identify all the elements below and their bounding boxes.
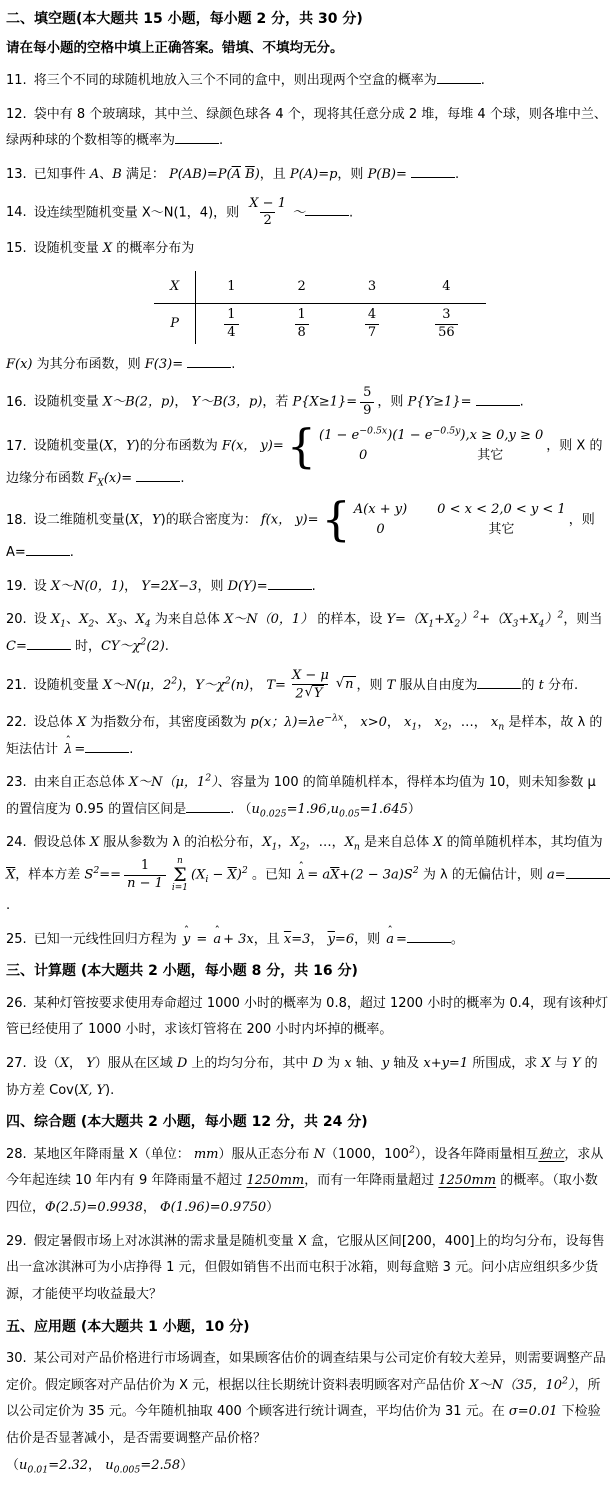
math-run: +X	[518, 612, 538, 627]
math-run: =	[74, 742, 85, 757]
question-number: 15.	[6, 241, 27, 256]
math-run: Φ(1.96)=0.9750	[160, 1200, 266, 1215]
math-run: −	[208, 868, 227, 883]
text-run: 为	[323, 1056, 344, 1071]
answer-blank	[305, 202, 349, 216]
text-run: ，	[310, 932, 327, 947]
text-run: （	[6, 1458, 19, 1473]
superscript: −0.5y	[432, 426, 460, 437]
math-run: u	[251, 802, 259, 817]
hat-symbol: ˆλ	[297, 863, 305, 890]
math-run: X, Y	[79, 1083, 105, 1098]
question-item: 25.已知一元线性回归方程为 ˆy = ˆa+ 3x，且 x=3， y=6，则 …	[6, 927, 610, 954]
hat-accent: ˆ	[184, 920, 190, 943]
p-value-cell: 356	[407, 304, 486, 344]
question-number: 26.	[6, 996, 27, 1011]
math-run: X	[104, 439, 113, 454]
text-run: 。已知	[248, 868, 295, 883]
section-heading: 四、综合题 (本大题共 2 小题，每小题 12 分，共 24 分)	[6, 1111, 610, 1133]
question-item: 28.某地区年降雨量 X（单位： mm）服从正态分布 N（1000，1002），…	[6, 1142, 610, 1222]
text-run: 袋中有 8 个玻璃球，其中兰、绿颜色球各 4 个，现将其任意分成 2 堆，每堆 …	[6, 107, 607, 149]
text-run: 其它	[477, 448, 503, 463]
math-run: 0 < x < 2,0 < y < 1	[437, 502, 566, 517]
text-run: 为指数分布，其密度函数为	[86, 715, 250, 730]
text-run: 、	[99, 167, 112, 182]
question-number: 30.	[6, 1351, 27, 1366]
question-item: 17.设随机变量(X，Y)的分布函数为 F(x， y)={(1 − e−0.5x…	[6, 426, 610, 493]
text-run: ，则	[337, 167, 367, 182]
math-run: Y～χ	[195, 678, 224, 693]
text-run: )的联合密度为：	[161, 513, 261, 528]
math-run: +(2 − 3a)S	[339, 868, 412, 883]
math-run: N	[314, 1147, 325, 1162]
text-run: 、	[66, 612, 79, 627]
math-run: = a	[307, 868, 330, 883]
hat-accent: ˆ	[298, 856, 304, 879]
underlined-text: 独立	[538, 1147, 564, 1162]
text-run: ），设各年降雨量相互	[415, 1147, 539, 1162]
math-run: Y～B(3，p)	[192, 395, 263, 410]
math-run: f(x， y)=	[261, 513, 319, 528]
math-run: X	[51, 612, 60, 627]
underlined-text: 1250mm	[246, 1173, 304, 1188]
math-run: )(1 − e	[387, 428, 432, 443]
overbar-symbol: X	[330, 868, 339, 883]
math-run: X	[290, 835, 299, 850]
math-run: =1.645	[360, 802, 408, 817]
math-run: x	[434, 715, 441, 730]
math-run: =2.58	[140, 1458, 180, 1473]
text-run: 满足：	[122, 167, 169, 182]
math-run: ==	[99, 868, 121, 883]
question-number: 11.	[6, 73, 27, 88]
text-run: .	[6, 898, 10, 913]
question-item: 21.设随机变量 X～N(μ，22)，Y～χ2(n)， T=X − μ2√Y√n…	[6, 668, 610, 703]
cases-rows: A(x + y)0 < x < 2,0 < y < 10其它	[354, 500, 566, 540]
math-run: ）	[460, 612, 473, 627]
text-run: ，	[417, 715, 434, 730]
text-run: 。	[451, 932, 464, 947]
square-root: √n	[336, 676, 356, 694]
math-run: 2	[295, 686, 303, 701]
text-run: ，	[277, 835, 290, 850]
answer-blank	[187, 354, 231, 368]
math-run: C=	[6, 639, 27, 654]
overbar-symbol: A	[232, 167, 241, 182]
fraction-denominator: 8	[295, 324, 309, 341]
question-number: 27.	[6, 1056, 27, 1071]
math-run: mm	[194, 1147, 219, 1162]
math-run: F(3)=	[145, 357, 187, 372]
question-item: 14.设连续型随机变量 X～N(1，4)，则 X − 12～.	[6, 196, 610, 230]
text-run: 设随机变量	[34, 395, 103, 410]
fraction-numerator: 4	[365, 307, 379, 323]
math-run: X	[103, 241, 112, 256]
question-item: 27.设（X， Y）服从在区域 D 上的均匀分布，其中 D 为 x 轴、y 轴及…	[6, 1051, 610, 1104]
question-item: 22.设总体 X 为指数分布，其密度函数为 p(x；λ)=λe−λx， x>0，…	[6, 710, 610, 763]
text-run: 设随机变量(	[34, 439, 104, 454]
math-run: S	[84, 868, 93, 883]
superscript: −0.5x	[359, 426, 387, 437]
text-run: ，	[88, 1458, 105, 1473]
fraction-numerator: X − μ	[289, 668, 332, 684]
math-run: X	[345, 835, 354, 850]
fraction-numerator: 1	[224, 307, 238, 323]
text-run: 、	[123, 612, 136, 627]
sum-lower-limit: i=1	[172, 884, 188, 893]
fraction: 1n − 1	[124, 858, 166, 892]
math-run: X	[136, 612, 145, 627]
underlined-text: 1250mm	[438, 1173, 496, 1188]
text-run: 设二维随机变量(	[34, 513, 130, 528]
math-run: D	[313, 1056, 323, 1071]
math-run: X～B(2，p)	[103, 395, 175, 410]
fraction-numerator: 1	[295, 307, 309, 323]
text-run: ，	[249, 678, 266, 693]
math-run: =2.32	[48, 1458, 88, 1473]
text-run: ，…，	[448, 715, 491, 730]
math-run: +X	[434, 612, 454, 627]
text-run: ，	[174, 395, 191, 410]
math-run: x	[344, 1056, 351, 1071]
section-note: 请在每小题的空格中填上正确答案。错填、不填均无分。	[6, 38, 610, 60]
piecewise-function: {(1 − e−0.5x)(1 − e−0.5y),x ≥ 0,y ≥ 00其它	[287, 426, 544, 466]
math-run: (1 − e	[319, 428, 359, 443]
question-item: 23.由来自正态总体 X～N（μ，12）、容量为 100 的简单随机样本，得样本…	[6, 770, 610, 823]
text-run: 的样本，设	[313, 612, 386, 627]
x-value-cell: 4	[407, 271, 486, 304]
math-run: Y	[86, 1056, 95, 1071]
text-run: ，	[124, 579, 141, 594]
x-value-cell: 1	[196, 271, 267, 304]
text-run: 由来自正态总体	[34, 775, 129, 790]
math-text: n	[345, 677, 353, 692]
math-run: P(AB)=P(	[169, 167, 232, 182]
math-run: =1.96,u	[287, 802, 339, 817]
text-run: 假设总体	[34, 835, 90, 850]
text-run: .	[312, 579, 316, 594]
math-run: σ=0.01	[509, 1404, 558, 1419]
section-heading: 五、应用题 (本大题共 1 小题，10 分)	[6, 1316, 610, 1338]
math-run: A	[90, 167, 99, 182]
text-run: 设	[34, 612, 51, 627]
math-run: 0	[376, 522, 384, 537]
text-run: 服从自由度为	[395, 678, 477, 693]
exam-page: 二、填空题(本大题共 15 小题，每小题 2 分，共 30 分)请在每小题的空格…	[0, 0, 616, 1496]
text-run: ，	[139, 513, 152, 528]
fraction-denominator: 2√Y	[292, 684, 328, 703]
sigma-symbol: Σ	[173, 866, 186, 884]
math-run: X	[79, 612, 88, 627]
x-value-cell: 3	[337, 271, 407, 304]
hat-accent: ˆ	[66, 730, 72, 753]
section-heading: 三、计算题 (本大题共 2 小题，每小题 8 分，共 16 分)	[6, 960, 610, 982]
text-run: 轴及	[389, 1056, 423, 1071]
math-run: B	[112, 167, 122, 182]
math-run: =6	[335, 932, 354, 947]
text-run: 设（	[34, 1056, 60, 1071]
radicand: Y	[312, 685, 325, 703]
subscript: X	[97, 478, 104, 489]
text-run: .	[520, 395, 524, 410]
left-brace: {	[322, 500, 351, 539]
math-run: P{X≥1}=	[293, 395, 358, 410]
question-number: 23.	[6, 775, 27, 790]
cases-cell: 0	[319, 446, 407, 466]
cases-cell: A(x + y)	[354, 500, 407, 520]
summation: nΣi=1	[172, 857, 188, 893]
math-run: P(B)=	[368, 167, 411, 182]
math-run: X～N(μ，2	[103, 678, 171, 693]
text-run: ）	[408, 802, 421, 817]
text-run: ，	[69, 1056, 86, 1071]
question-item: 18.设二维随机变量(X，Y)的联合密度为： f(x， y)={A(x + y)…	[6, 500, 610, 567]
math-text: 9	[363, 403, 371, 418]
overbar-symbol: X	[228, 868, 237, 883]
question-number: 17.	[6, 439, 27, 454]
math-run: + 3x	[223, 932, 254, 947]
math-run: +（X	[479, 612, 512, 627]
text-run: .	[349, 205, 353, 220]
text-run: ）	[180, 1458, 193, 1473]
math-run: a=	[547, 868, 566, 883]
x-label-cell: X	[154, 271, 196, 304]
text-run: .	[180, 471, 184, 486]
text-run: ）服从正态分布	[219, 1147, 314, 1162]
math-text: 5	[363, 385, 371, 400]
text-run: ，	[182, 678, 195, 693]
math-text: 2	[263, 213, 271, 228]
math-run: =	[192, 932, 211, 947]
fraction: X − μ2√Y	[289, 668, 332, 703]
p-value-cell: 47	[337, 304, 407, 344]
cases-rows: (1 − e−0.5x)(1 − e−0.5y),x ≥ 0,y ≥ 00其它	[319, 426, 543, 466]
fraction-denominator: 9	[360, 402, 374, 419]
fraction: 18	[295, 307, 309, 341]
p-label-cell: P	[154, 304, 196, 344]
math-run: =3	[291, 932, 310, 947]
answer-blank	[85, 739, 129, 753]
hat-symbol: ˆa	[386, 927, 394, 954]
math-run: F(x， y)=	[222, 439, 284, 454]
text-run: .	[70, 545, 74, 560]
question-number: 22.	[6, 715, 27, 730]
fraction-denominator: n − 1	[124, 875, 166, 892]
fraction: 14	[224, 307, 238, 341]
text-run: .	[129, 742, 133, 757]
text-run: （1000，100	[325, 1147, 409, 1162]
math-run: X～N（μ，1	[129, 775, 205, 790]
text-run: 是来自总体	[360, 835, 433, 850]
text-run: ）服从在区域	[95, 1056, 177, 1071]
text-run: 将三个不同的球随机地放入三个不同的盒中，则出现两个空盒的概率为	[34, 73, 437, 88]
math-run: X	[130, 513, 139, 528]
math-run: X	[541, 1056, 550, 1071]
text-run: 为来自总体	[151, 612, 224, 627]
math-run: CY～χ	[101, 639, 140, 654]
radicand: n	[343, 676, 355, 694]
subscript: 0.025	[260, 808, 287, 819]
text-run: 某种灯管按要求使用寿命超过 1000 小时的概率为 0.8，超过 1200 小时…	[6, 996, 608, 1038]
math-run: (2)	[146, 639, 164, 654]
math-run: ),x ≥ 0,y ≥ 0	[460, 428, 543, 443]
text-run: 、	[94, 612, 107, 627]
text-run: ，	[143, 1200, 160, 1215]
left-brace: {	[287, 427, 316, 466]
text-run: 其它	[488, 522, 514, 537]
math-run: =	[396, 932, 407, 947]
distribution-table: X1234P141847356	[154, 271, 610, 344]
text-run: ，则	[197, 579, 227, 594]
text-run: ，…，	[306, 835, 345, 850]
text-run: .	[219, 133, 223, 148]
fraction-denominator: 2	[260, 212, 274, 229]
superscript: −λx	[324, 713, 343, 724]
question-item: 30.某公司对产品价格进行市场调查，如果顾客估价的调查结果与公司定价有较大差异，…	[6, 1346, 610, 1479]
hat-symbol: ˆy	[183, 927, 190, 954]
math-run: Y	[152, 513, 161, 528]
fraction: 356	[435, 307, 458, 341]
answer-blank	[437, 70, 481, 84]
question-number: 28.	[6, 1147, 27, 1162]
math-run: A(x + y)	[354, 502, 407, 517]
table-row: P141847356	[154, 304, 486, 344]
text-run: 上的均匀分布，其中	[187, 1056, 312, 1071]
text-run: 设总体	[34, 715, 77, 730]
question-number: 21.	[6, 678, 27, 693]
answer-blank	[175, 130, 219, 144]
section-heading: 二、填空题(本大题共 15 小题，每小题 2 分，共 30 分)	[6, 8, 610, 30]
cases-cell: (1 − e−0.5x)(1 − e−0.5y),x ≥ 0,y ≥ 0	[319, 426, 543, 446]
x-value-cell: 2	[267, 271, 337, 304]
hat-symbol: ˆλ	[64, 737, 72, 764]
answer-blank	[186, 799, 230, 813]
fraction: X − 12	[246, 196, 289, 230]
text-run: . （	[230, 802, 251, 817]
math-run: P{Y≥1}=	[408, 395, 476, 410]
fraction-denominator: 7	[365, 324, 379, 341]
question-number: 25.	[6, 932, 27, 947]
answer-blank	[268, 576, 312, 590]
math-run: X	[107, 612, 116, 627]
math-run: F(x)	[6, 357, 33, 372]
fraction: 47	[365, 307, 379, 341]
fraction-numerator: 1	[138, 858, 152, 874]
text-run: ，若	[262, 395, 292, 410]
answer-blank	[476, 392, 520, 406]
text-run: 设	[34, 579, 51, 594]
overbar-symbol: X	[6, 868, 15, 883]
text-run: ).	[105, 1083, 114, 1098]
text-run: 已知一元线性回归方程为	[34, 932, 181, 947]
question-number: 24.	[6, 835, 27, 850]
text-run: ，而有一年降雨量超过	[304, 1173, 438, 1188]
question-item: 16.设随机变量 X～B(2，p)， Y～B(3，p)，若 P{X≥1}=59，…	[6, 385, 610, 419]
answer-blank	[26, 542, 70, 556]
math-run: D	[177, 1056, 187, 1071]
text-run: 设随机变量	[34, 678, 103, 693]
question-number: 20.	[6, 612, 27, 627]
text-run: 服从参数为 λ 的泊松分布，	[99, 835, 262, 850]
question-item: 12.袋中有 8 个玻璃球，其中兰、绿颜色球各 4 个，现将其任意分成 2 堆，…	[6, 102, 610, 155]
text-run: ，	[113, 439, 126, 454]
cases-cell: 其它	[437, 520, 566, 540]
math-run: X	[90, 835, 99, 850]
hat-accent: ˆ	[387, 920, 393, 943]
hat-accent: ˆ	[214, 920, 220, 943]
text-run: .	[165, 639, 169, 654]
table-row: X1234	[154, 271, 486, 304]
text-run: 假定暑假市场上对冰淇淋的需求量是随机变量 X 盒，它服从区间[200，400]上…	[6, 1234, 605, 1302]
math-run: Y=2X−3	[141, 579, 197, 594]
fraction-numerator: 3	[439, 307, 453, 323]
subscript: 0.01	[27, 1464, 48, 1475]
text-run: )的分布函数为	[135, 439, 222, 454]
text-run: 与	[551, 1056, 572, 1071]
math-run: (n)	[231, 678, 250, 693]
text-run: 设随机变量	[34, 241, 103, 256]
text-run: ，则	[357, 678, 387, 693]
text-run: 的简单随机样本，其均值为	[442, 835, 602, 850]
text-run: ，	[343, 715, 360, 730]
overbar-symbol: B	[245, 167, 255, 182]
text-run: .	[231, 357, 235, 372]
fraction-numerator: X − 1	[246, 196, 289, 212]
distribution-table-grid: X1234P141847356	[154, 271, 486, 344]
answer-blank	[407, 929, 451, 943]
question-number: 16.	[6, 395, 27, 410]
question-item: 19.设 X～N(0，1)， Y=2X−3，则 D(Y)=.	[6, 574, 610, 601]
text-run: 轴、	[352, 1056, 382, 1071]
math-run: n − 1	[127, 876, 163, 891]
text-run: 某地区年降雨量 X（单位：	[34, 1147, 194, 1162]
text-run: 时，	[71, 639, 101, 654]
text-run: ，则当	[563, 612, 602, 627]
math-run: u	[105, 1458, 113, 1473]
math-run: X～N（35，10	[469, 1378, 562, 1393]
math-run: 0	[359, 448, 367, 463]
square-root: √Y	[305, 685, 325, 703]
math-run: Y	[126, 439, 135, 454]
question-number: 19.	[6, 579, 27, 594]
text-run: ，样本方差	[15, 868, 84, 883]
question-number: 14.	[6, 205, 27, 220]
subscript: 0.05	[339, 808, 360, 819]
text-run: .	[481, 73, 485, 88]
subscript: 0.005	[114, 1464, 141, 1475]
math-run: (x)=	[104, 471, 137, 486]
text-run: ，	[387, 715, 404, 730]
question-item: 13.已知事件 A、B 满足： P(AB)=P(A B)，且 P(A)=p，则 …	[6, 162, 610, 189]
answer-blank	[566, 865, 610, 879]
math-run: F	[88, 471, 97, 486]
math-run: Φ(2.5)=0.9938	[45, 1200, 143, 1215]
math-run: X	[77, 715, 86, 730]
question-number: 13.	[6, 167, 27, 182]
piecewise-function: {A(x + y)0 < x < 2,0 < y < 10其它	[322, 500, 566, 540]
text-run: ，且	[254, 932, 284, 947]
text-run: ，则	[377, 395, 407, 410]
text-run: 为 λ 的无偏估计，则	[419, 868, 547, 883]
text-run: ）	[266, 1200, 279, 1215]
math-run: y	[382, 1056, 389, 1071]
math-run: X	[60, 1056, 69, 1071]
question-number: 12.	[6, 107, 27, 122]
text-run: 的概率分布为	[112, 241, 194, 256]
math-run: Y=（X	[386, 612, 428, 627]
math-run: X − μ	[292, 668, 329, 683]
math-text: 1	[141, 858, 149, 873]
